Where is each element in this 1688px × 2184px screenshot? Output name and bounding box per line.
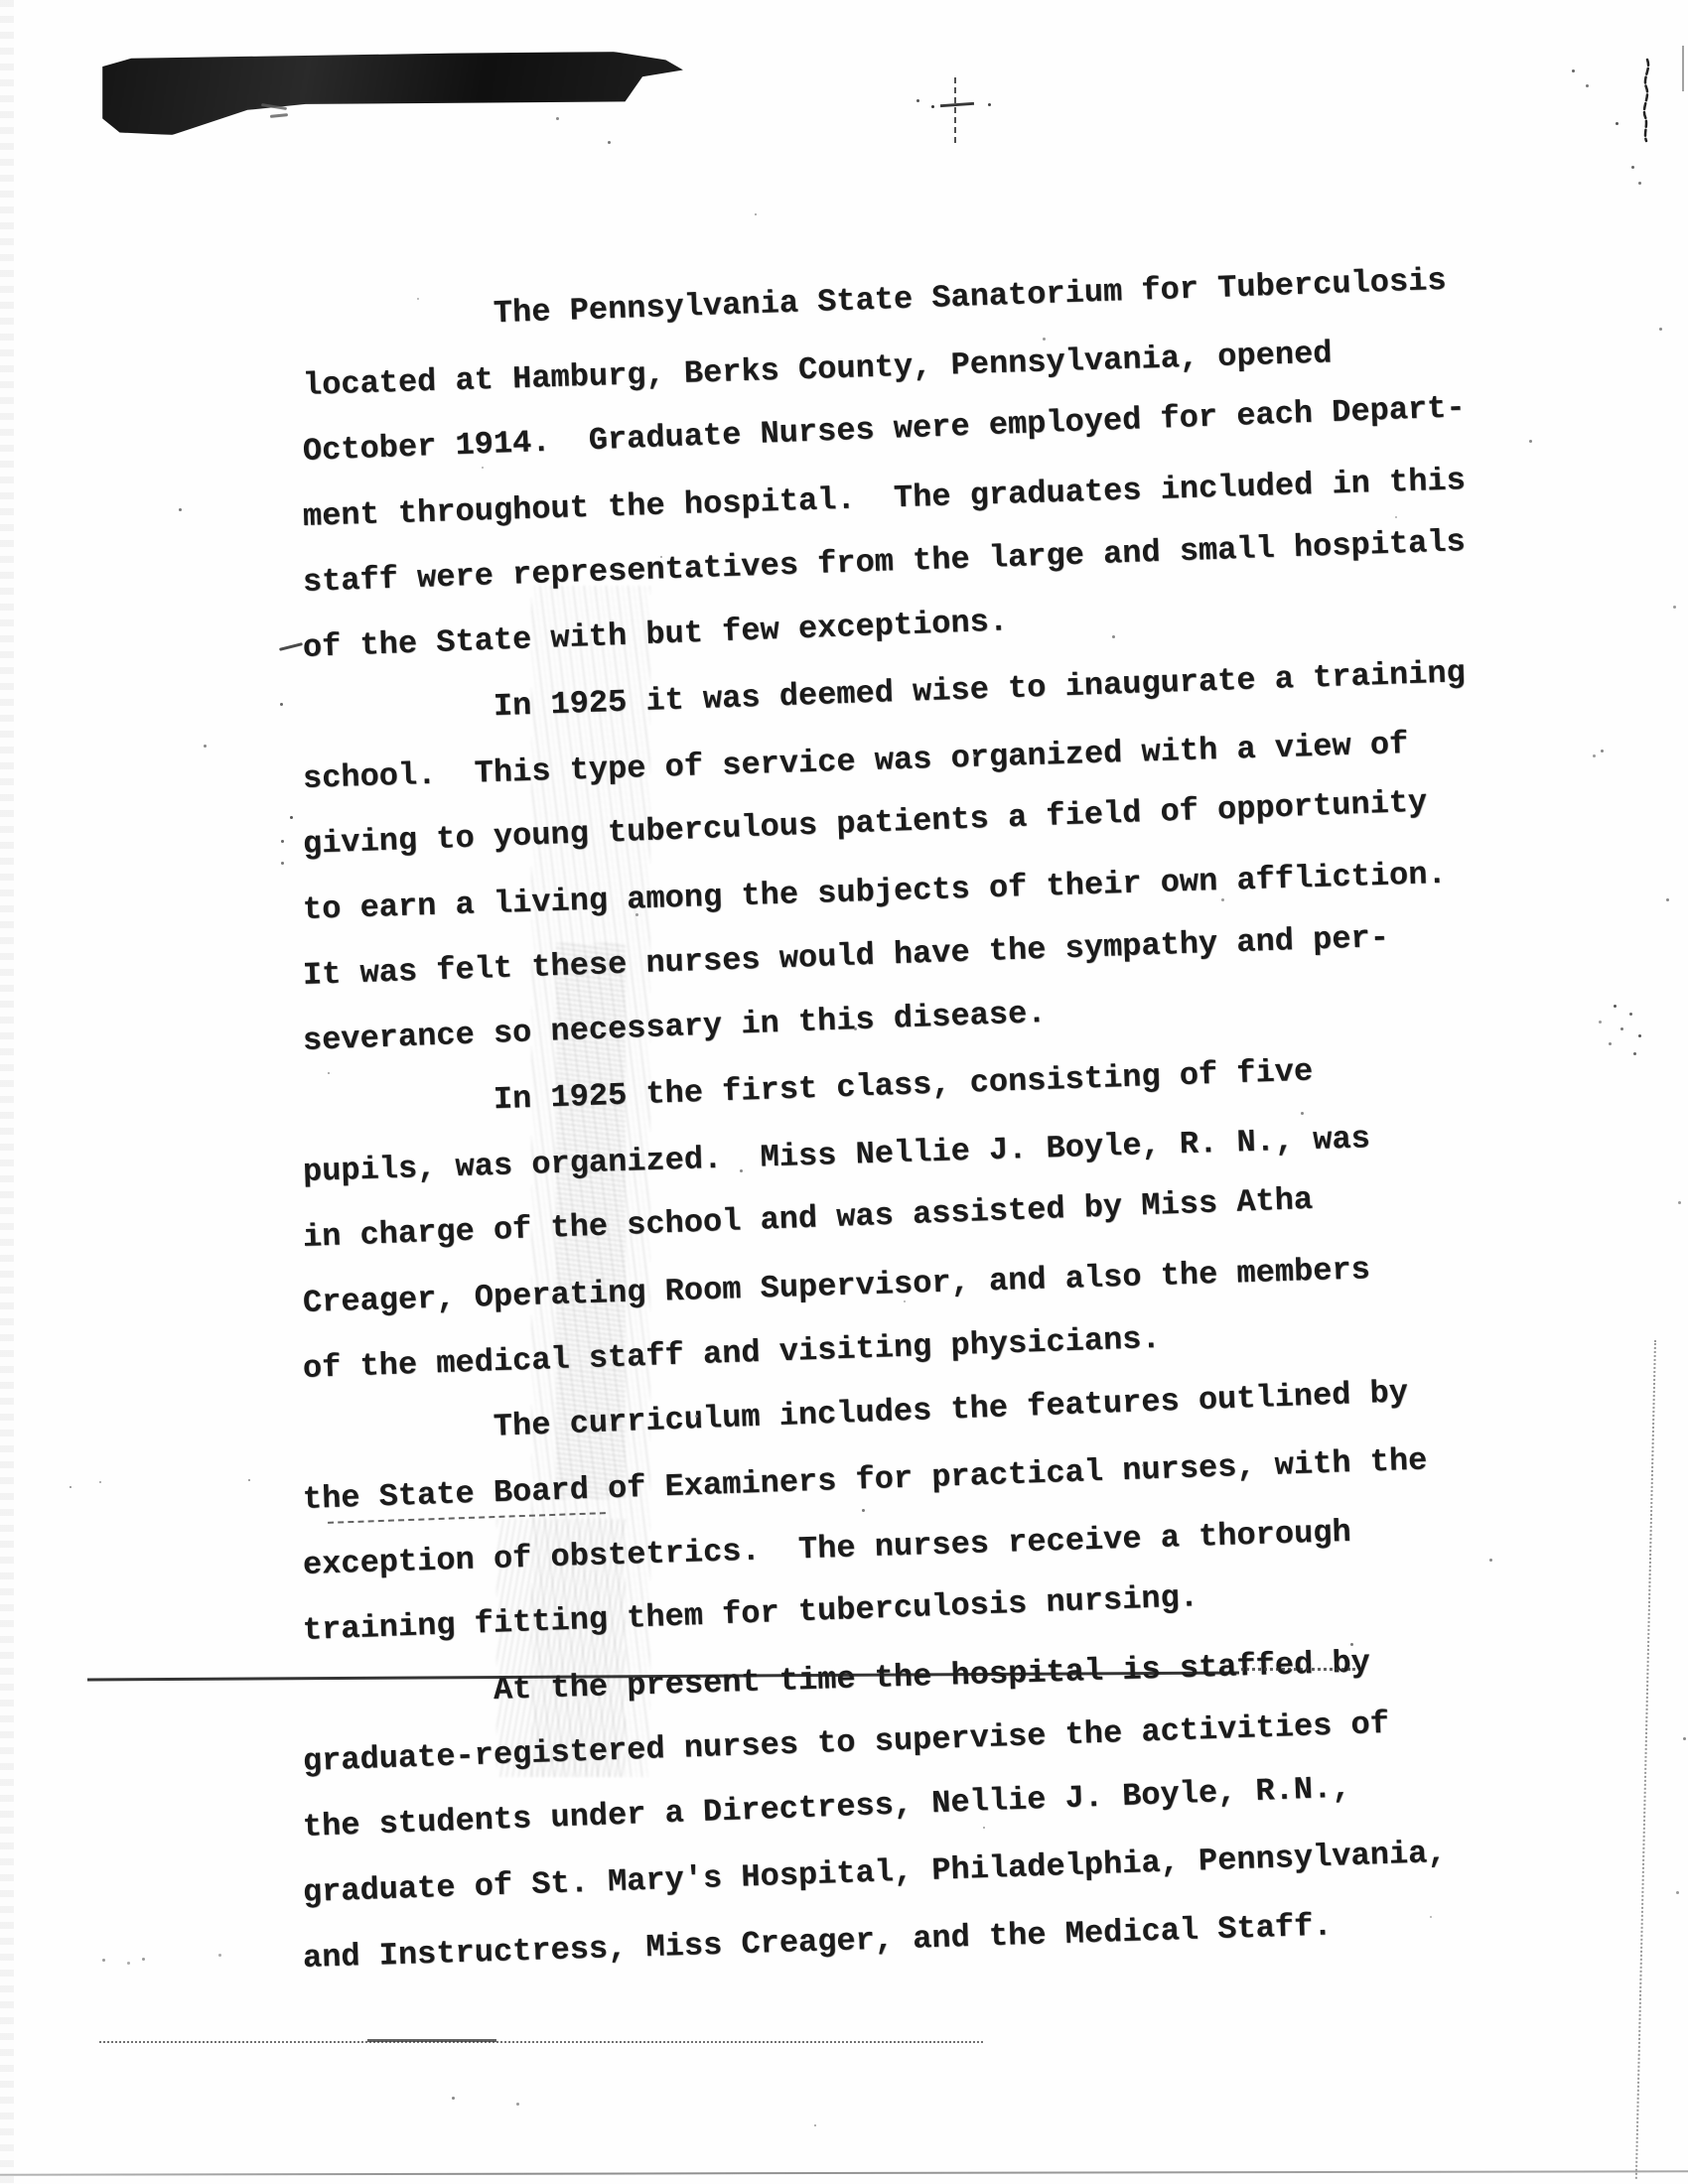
pencil-mark (270, 113, 288, 118)
registration-cross-mark (954, 77, 956, 143)
pen-dash-mark (279, 642, 303, 651)
document-text: The Pennsylvania State Sanatorium for Tu… (303, 288, 1554, 1991)
ink-blob-artifact (102, 52, 683, 135)
scan-edge-tick (1682, 46, 1684, 91)
registration-cross-mark (940, 102, 974, 107)
scanned-document-page: The Pennsylvania State Sanatorium for Tu… (0, 0, 1688, 2184)
scan-edge-texture (0, 0, 14, 2184)
strikethrough-dotted-tail (1241, 1668, 1355, 1671)
page-bottom-scan-edge (0, 2170, 1688, 2176)
dotted-line-artifact (99, 2041, 983, 2043)
pen-squiggle-mark (1633, 58, 1661, 147)
dotted-line-dark-segment (367, 2039, 496, 2042)
scan-edge-dotted-line (1635, 1340, 1656, 2179)
scan-speckles (0, 0, 2, 2)
